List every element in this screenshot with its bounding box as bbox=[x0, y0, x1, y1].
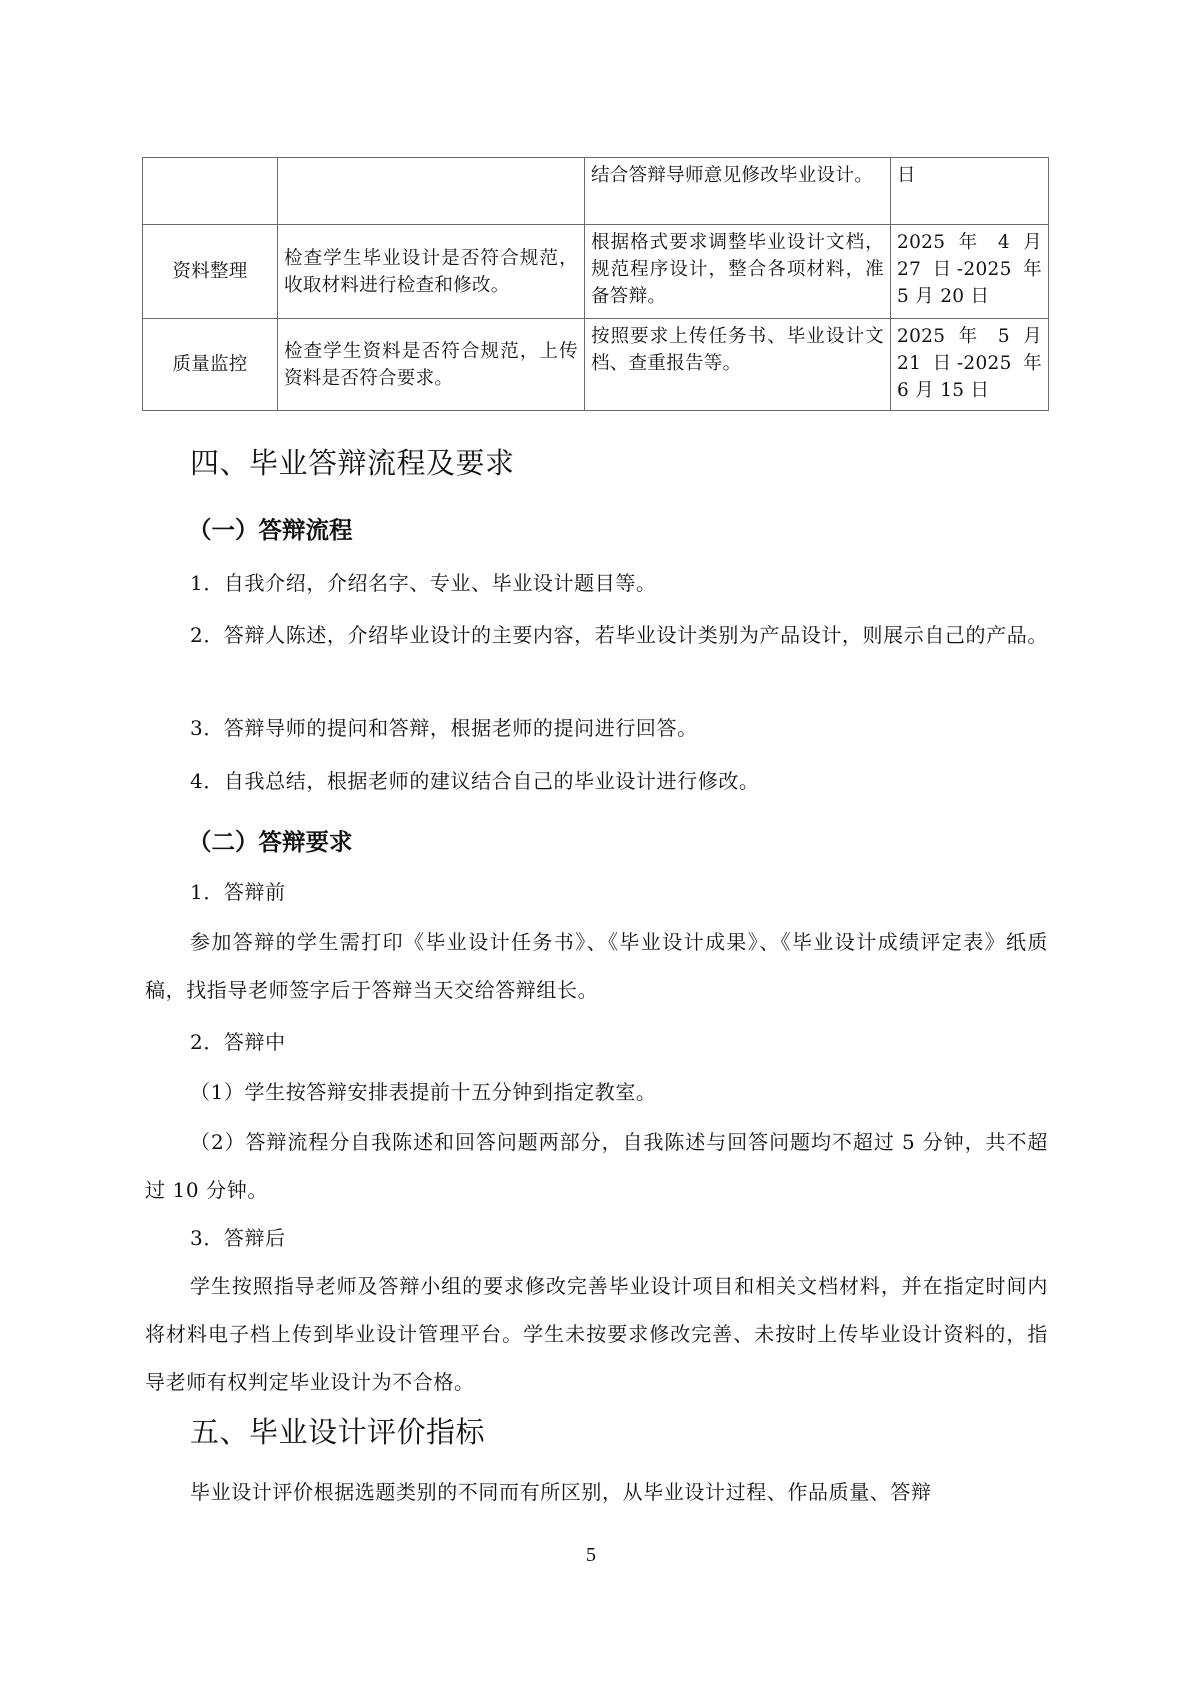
before-text: 参加答辩的学生需打印《毕业设计任务书》、《毕业设计成果》、《毕业设计成绩评定表》… bbox=[145, 918, 1048, 1014]
teacher-task-cell: 检查学生毕业设计是否符合规范，收取材料进行检查和修改。 bbox=[278, 225, 585, 319]
student-task-cell: 结合答辩导师意见修改毕业设计。 bbox=[585, 158, 891, 225]
table-row: 结合答辩导师意见修改毕业设计。 日 bbox=[143, 158, 1049, 225]
teacher-task-cell: 检查学生资料是否符合规范，上传资料是否符合要求。 bbox=[278, 319, 585, 411]
process-item-3: 3．答辩导师的提问和答辩，根据老师的提问进行回答。 bbox=[145, 704, 1048, 752]
during-item-1: （1）学生按答辩安排表提前十五分钟到指定教室。 bbox=[145, 1068, 1048, 1116]
time-cell: 2025 年 5 月 21 日-2025 年 6 月 15 日 bbox=[891, 319, 1049, 411]
subsection-heading-requirements: （二）答辩要求 bbox=[188, 826, 353, 858]
table-row: 资料整理 检查学生毕业设计是否符合规范，收取材料进行检查和修改。 根据格式要求调… bbox=[143, 225, 1049, 319]
after-text: 学生按照指导老师及答辩小组的要求修改完善毕业设计项目和相关文档材料，并在指定时间… bbox=[145, 1262, 1048, 1406]
table-row: 质量监控 检查学生资料是否符合规范，上传资料是否符合要求。 按照要求上传任务书、… bbox=[143, 319, 1049, 411]
process-item-2: 2．答辩人陈述，介绍毕业设计的主要内容，若毕业设计类别为产品设计，则展示自己的产… bbox=[145, 611, 1048, 659]
student-task-cell: 按照要求上传任务书、毕业设计文档、查重报告等。 bbox=[585, 319, 891, 411]
document-page: 结合答辩导师意见修改毕业设计。 日 资料整理 检查学生毕业设计是否符合规范，收取… bbox=[0, 0, 1191, 1684]
teacher-task-cell bbox=[278, 158, 585, 225]
stage-cell: 质量监控 bbox=[143, 319, 278, 411]
page-number: 5 bbox=[586, 1542, 596, 1568]
process-item-4: 4．自我总结，根据老师的建议结合自己的毕业设计进行修改。 bbox=[145, 757, 1048, 805]
stage-cell: 资料整理 bbox=[143, 225, 278, 319]
evaluation-intro: 毕业设计评价根据选题类别的不同而有所区别，从毕业设计过程、作品质量、答辩 bbox=[145, 1468, 1048, 1516]
section-heading-5: 五、毕业设计评价指标 bbox=[190, 1414, 485, 1450]
section-heading-4: 四、毕业答辩流程及要求 bbox=[190, 445, 515, 481]
before-label: 1．答辩前 bbox=[145, 868, 1048, 916]
stage-cell bbox=[143, 158, 278, 225]
time-cell: 日 bbox=[891, 158, 1049, 225]
schedule-table: 结合答辩导师意见修改毕业设计。 日 资料整理 检查学生毕业设计是否符合规范，收取… bbox=[142, 157, 1049, 411]
student-task-cell: 根据格式要求调整毕业设计文档，规范程序设计，整合各项材料，准备答辩。 bbox=[585, 225, 891, 319]
process-item-1: 1．自我介绍，介绍名字、专业、毕业设计题目等。 bbox=[145, 559, 1048, 607]
during-label: 2．答辩中 bbox=[145, 1018, 1048, 1066]
during-item-2: （2）答辩流程分自我陈述和回答问题两部分，自我陈述与回答问题均不超过 5 分钟，… bbox=[145, 1118, 1048, 1214]
after-label: 3．答辩后 bbox=[145, 1214, 1048, 1262]
subsection-heading-process: （一）答辩流程 bbox=[188, 514, 353, 546]
time-cell: 2025 年 4 月 27 日-2025 年 5 月 20 日 bbox=[891, 225, 1049, 319]
